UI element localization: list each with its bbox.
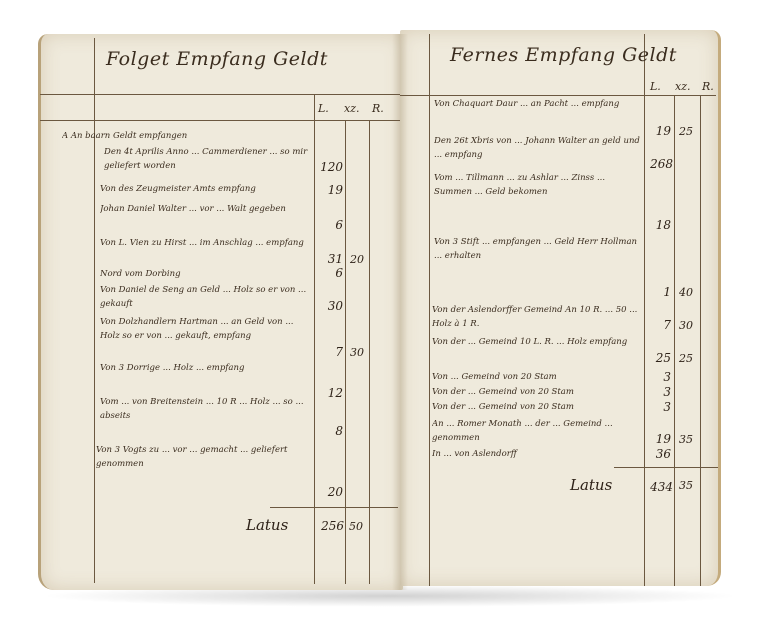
ledger-entry: Von der ... Gemeind von 20 Stam (432, 401, 642, 415)
right-total-l: 434 (643, 480, 673, 494)
right-page-title: Fernes Empfang Geldt (450, 44, 677, 66)
left-latus-label: Latus (246, 516, 288, 534)
amount: 25 (679, 125, 693, 138)
left-col-header-x: xz. (344, 102, 360, 115)
ledger-entry: Von Daniel de Seng an Geld ... Holz so e… (100, 284, 310, 312)
amount: 30 (679, 319, 693, 332)
left-header-rule-2 (40, 120, 400, 121)
amount: 12 (315, 386, 343, 400)
ledger-entry: Nord vom Dorbing (100, 268, 310, 282)
amount: 31 (315, 252, 343, 266)
ledger-entry: Von L. Vien zu Hirst ... im Anschlag ...… (100, 237, 310, 265)
right-latus-label: Latus (570, 476, 612, 494)
amount: 8 (315, 424, 343, 438)
left-col-rule-3 (369, 120, 370, 584)
ledger-entry: Von ... Gemeind von 20 Stam (432, 371, 642, 385)
amount: 3 (645, 370, 671, 384)
left-sum-rule (270, 507, 398, 508)
amount: 7 (315, 345, 343, 359)
left-col-header-r: R. (372, 102, 384, 115)
amount: 18 (645, 218, 671, 232)
amount: 30 (315, 299, 343, 313)
right-col-header-l: L. (650, 80, 661, 93)
amount: 19 (645, 124, 671, 138)
left-header-rule-1 (40, 94, 400, 95)
left-total-x: 50 (349, 520, 363, 533)
right-header-rule (400, 95, 716, 96)
left-total-l: 256 (312, 519, 344, 533)
ledger-entry: Von 3 Dorrige ... Holz ... empfang (100, 362, 310, 390)
amount: 25 (679, 352, 693, 365)
ledger-entry: Von 3 Stift ... empfangen ... Geld Herr … (434, 236, 642, 292)
amount: 3 (645, 385, 671, 399)
right-col-rule-3 (700, 95, 701, 586)
amount: 40 (679, 286, 693, 299)
right-sum-rule (614, 467, 718, 468)
ledger-entry: In ... von Aslendorff (432, 448, 642, 462)
amount: 35 (679, 433, 693, 446)
amount: 19 (645, 432, 671, 446)
amount: 268 (643, 157, 673, 171)
ledger-entry: Vom ... von Breitenstein ... 10 R ... Ho… (100, 396, 310, 438)
ledger-entry: Den 26t Xbris von ... Johann Walter an g… (434, 135, 642, 163)
amount: 1 (645, 285, 671, 299)
ledger-entry: Von Chaquart Daur ... an Pacht ... empfa… (434, 98, 642, 126)
amount: 3 (645, 400, 671, 414)
amount: 6 (315, 266, 343, 280)
amount: 19 (315, 183, 343, 197)
ledger-entry: Von der ... Gemeind 10 L. R. ... Holz em… (432, 336, 642, 364)
ledger-entry: Von der Aslendorffer Gemeind An 10 R. ..… (432, 304, 642, 332)
ledger-entry: Von Dolzhandlern Hartman ... an Geld von… (100, 316, 310, 358)
amount: 36 (645, 447, 671, 461)
amount: 20 (315, 485, 343, 499)
amount: 30 (350, 346, 364, 359)
right-col-rule-1 (644, 34, 645, 586)
left-col-header-l: L. (318, 102, 329, 115)
amount: 6 (315, 218, 343, 232)
ledger-entry: Von des Zeugmeister Amts empfang (100, 183, 310, 197)
amount: 120 (315, 160, 343, 174)
ledger-entry: A An baarn Geldt empfangen (62, 130, 312, 144)
amount: 7 (645, 318, 671, 332)
amount: 20 (350, 253, 364, 266)
left-page-title: Folget Empfang Geldt (106, 48, 328, 70)
ledger-entry: Johan Daniel Walter ... vor ... Walt geg… (100, 203, 310, 231)
right-margin-rule (429, 34, 430, 586)
ledger-entry: Vom ... Tillmann ... zu Ashlar ... Zinss… (434, 172, 642, 228)
right-col-rule-2 (674, 95, 675, 586)
amount: 25 (645, 351, 671, 365)
ledger-entry: Von der ... Gemeind von 20 Stam (432, 386, 642, 400)
right-total-x: 35 (679, 479, 693, 492)
left-col-rule-2 (345, 120, 346, 584)
ledger-entry: Den 4t Aprilis Anno ... Cammerdiener ...… (104, 146, 314, 174)
right-col-header-r: R. (702, 80, 714, 93)
right-col-header-x: xz. (675, 80, 691, 93)
ledger-entry: Von 3 Vogts zu ... vor ... gemacht ... g… (96, 444, 310, 500)
ledger-entry: An ... Romer Monath ... der ... Gemeind … (432, 418, 642, 446)
